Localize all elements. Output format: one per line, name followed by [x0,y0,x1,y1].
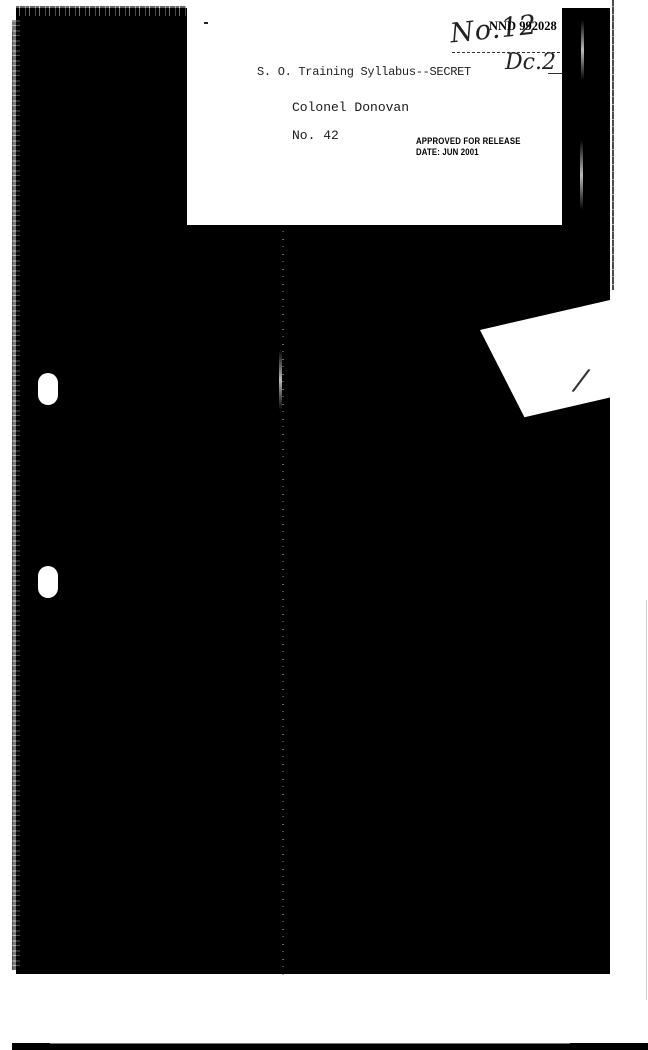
folder-right-crease [612,0,614,290]
scan-streak [279,350,282,410]
punch-hole-icon [38,566,58,598]
scan-streak [580,140,583,210]
scan-bottom-border [12,1043,648,1050]
release-stamp-date: DATE: JUN 2001 [416,147,521,158]
right-margin-line [646,600,647,1000]
scan-bottom-highlight [50,1043,570,1044]
addressee: Colonel Donovan [292,100,409,115]
folder-worn-top [16,6,186,16]
scanned-page: No.12 NND 992028 Dc.2 S. O. Training Syl… [0,0,648,1050]
release-stamp: APPROVED FOR RELEASE DATE: JUN 2001 [416,136,521,158]
scan-streak [581,20,584,80]
punch-hole-icon [38,373,58,405]
document-number: No. 42 [292,128,339,143]
handwritten-underline [548,73,562,74]
stray-mark [204,22,208,24]
document-title: S. O. Training Syllabus--SECRET [257,65,471,79]
nnd-stamp: NND 992028 [489,19,557,34]
release-stamp-line1: APPROVED FOR RELEASE [416,136,521,147]
handwritten-annotation: Dc.2 [505,50,556,75]
folder-worn-edge [12,20,20,970]
folder-crease-line [282,225,284,975]
